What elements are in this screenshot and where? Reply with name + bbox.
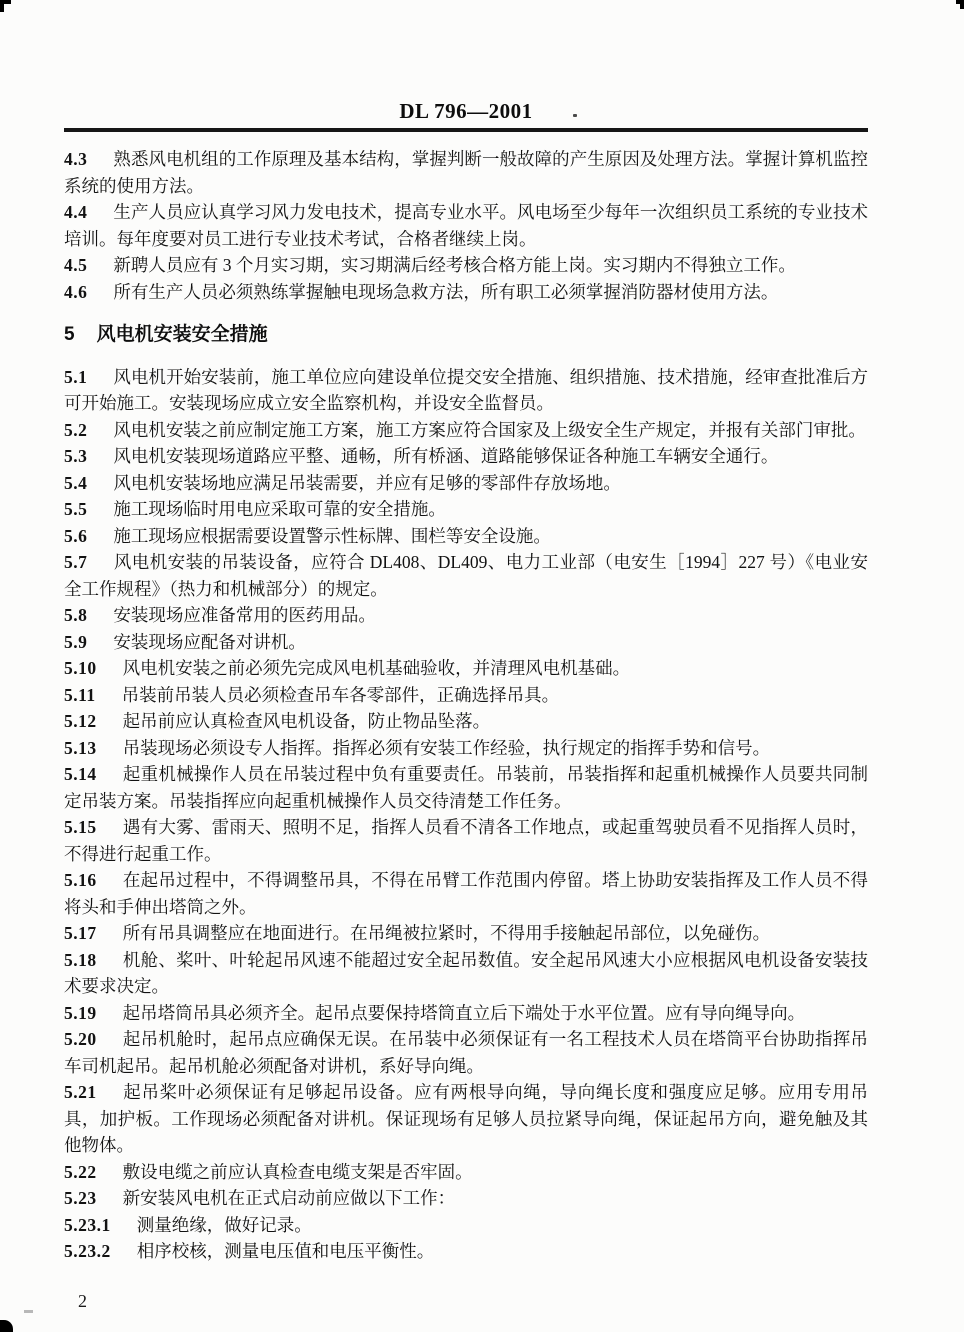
clause-number: 5.4: [64, 473, 87, 493]
clause-text: 起重机械操作人员在吊装过程中负有重要责任。吊装前，吊装指挥和起重机械操作人员要共…: [64, 764, 868, 811]
clause-text: 起吊机舱时，起吊点应确保无误。在吊装中必须保证有一名工程技术人员在塔筒平台协助指…: [64, 1029, 868, 1076]
scanned-document-page: DL 796—2001 4.3熟悉风电机组的工作原理及基本结构，掌握判断一般故障…: [0, 0, 964, 1332]
clause-text: 施工现场临时用电应采取可靠的安全措施。: [113, 499, 446, 519]
clause-number: 5.5: [64, 499, 87, 519]
clause-5.12: 5.12起吊前应认真检查风电机设备，防止物品坠落。: [64, 708, 868, 735]
clause-text: 新安装风电机在正式启动前应做以下工作：: [123, 1188, 456, 1208]
scan-artifact-bottom-left: [0, 1320, 13, 1332]
clause-5.7: 5.7风电机安装的吊装设备，应符合 DL408、DL409、电力工业部（电安生［…: [64, 549, 868, 602]
clause-number: 4.6: [64, 282, 87, 302]
clause-number: 5.19: [64, 1003, 97, 1023]
section-heading-number: 5: [64, 324, 75, 345]
clause-text: 在起吊过程中，不得调整吊具，不得在吊臂工作范围内停留。塔上协助安装指挥及工作人员…: [64, 870, 868, 917]
clause-5.16: 5.16在起吊过程中，不得调整吊具，不得在吊臂工作范围内停留。塔上协助安装指挥及…: [64, 867, 868, 920]
clause-4.3: 4.3熟悉风电机组的工作原理及基本结构，掌握判断一般故障的产生原因及处理方法。掌…: [64, 146, 868, 199]
clause-text: 所有吊具调整应在地面进行。在吊绳被拉紧时，不得用手接触起吊部位，以免碰伤。: [123, 923, 771, 943]
clause-number: 4.3: [64, 149, 87, 169]
clause-5.3: 5.3风电机安装现场道路应平整、通畅，所有桥涵、道路能够保证各种施工车辆安全通行…: [64, 443, 868, 470]
clause-text: 测量绝缘，做好记录。: [137, 1215, 312, 1235]
clause-5.13: 5.13吊装现场必须设专人指挥。指挥必须有安装工作经验，执行规定的指挥手势和信号…: [64, 735, 868, 762]
clause-text: 风电机开始安装前，施工单位应向建设单位提交安全措施、组织措施、技术措施，经审查批…: [64, 367, 868, 414]
clause-text: 风电机安装的吊装设备，应符合 DL408、DL409、电力工业部（电安生［199…: [64, 552, 868, 599]
clause-text: 机舱、桨叶、叶轮起吊风速不能超过安全起吊数值。安全起吊风速大小应根据风电机设备安…: [64, 950, 868, 997]
clause-5.18: 5.18机舱、桨叶、叶轮起吊风速不能超过安全起吊数值。安全起吊风速大小应根据风电…: [64, 947, 868, 1000]
clause-5.9: 5.9安装现场应配备对讲机。: [64, 629, 868, 656]
clause-number: 5.22: [64, 1162, 97, 1182]
clause-5.10: 5.10风电机安装之前必须先完成风电机基础验收，并清理风电机基础。: [64, 655, 868, 682]
clause-5.5: 5.5施工现场临时用电应采取可靠的安全措施。: [64, 496, 868, 523]
clause-number: 5.3: [64, 446, 87, 466]
document-body: 4.3熟悉风电机组的工作原理及基本结构，掌握判断一般故障的产生原因及处理方法。掌…: [64, 146, 868, 1265]
clause-text: 施工现场应根据需要设置警示性标牌、围栏等安全设施。: [113, 526, 551, 546]
clause-5.8: 5.8安装现场应准备常用的医药用品。: [64, 602, 868, 629]
clause-number: 4.4: [64, 202, 87, 222]
clause-text: 吊装现场必须设专人指挥。指挥必须有安装工作经验，执行规定的指挥手势和信号。: [123, 738, 771, 758]
clause-text: 安装现场应配备对讲机。: [113, 632, 306, 652]
standard-code: DL 796—2001: [64, 99, 868, 124]
page-number: 2: [78, 1291, 87, 1312]
clause-text: 起吊桨叶必须保证有足够起吊设备。应有两根导向绳，导向绳长度和强度应足够。应用专用…: [64, 1082, 868, 1155]
clause-4.4: 4.4生产人员应认真学习风力发电技术，提高专业水平。风电场至少每年一次组织员工系…: [64, 199, 868, 252]
clause-5.11: 5.11吊装前吊装人员必须检查吊车各零部件，正确选择吊具。: [64, 682, 868, 709]
clause-5.14: 5.14起重机械操作人员在吊装过程中负有重要责任。吊装前，吊装指挥和起重机械操作…: [64, 761, 868, 814]
clause-text: 风电机安装之前必须先完成风电机基础验收，并清理风电机基础。: [123, 658, 631, 678]
clause-5.15: 5.15遇有大雾、雷雨天、照明不足，指挥人员看不清各工作地点，或起重驾驶员看不见…: [64, 814, 868, 867]
clause-text: 安装现场应准备常用的医药用品。: [113, 605, 376, 625]
clause-5.23.1: 5.23.1测量绝缘，做好记录。: [64, 1212, 868, 1239]
clause-number: 5.21: [64, 1082, 97, 1102]
scan-artifact-top-right: [960, 0, 964, 9]
clause-number: 5.8: [64, 605, 87, 625]
clause-number: 5.20: [64, 1029, 97, 1049]
clause-text: 风电机安装现场道路应平整、通畅，所有桥涵、道路能够保证各种施工车辆安全通行。: [113, 446, 778, 466]
clause-text: 熟悉风电机组的工作原理及基本结构，掌握判断一般故障的产生原因及处理方法。掌握计算…: [64, 149, 868, 196]
clause-5.2: 5.2风电机安装之前应制定施工方案，施工方案应符合国家及上级安全生产规定，并报有…: [64, 417, 868, 444]
clause-text: 风电机安装场地应满足吊装需要，并应有足够的零部件存放场地。: [113, 473, 621, 493]
clause-number: 5.14: [64, 764, 97, 784]
section-5-heading: 5风电机安装安全措施: [64, 322, 868, 349]
clause-number: 5.10: [64, 658, 97, 678]
clause-number: 5.12: [64, 711, 97, 731]
clause-text: 吊装前吊装人员必须检查吊车各零部件，正确选择吊具。: [122, 685, 560, 705]
clause-5.1: 5.1风电机开始安装前，施工单位应向建设单位提交安全措施、组织措施、技术措施，经…: [64, 364, 868, 417]
clause-number: 5.15: [64, 817, 97, 837]
section-heading-title: 风电机安装安全措施: [97, 324, 268, 345]
clause-text: 相序校核，测量电压值和电压平衡性。: [137, 1241, 435, 1261]
clause-number: 5.13: [64, 738, 97, 758]
clause-number: 5.7: [64, 552, 87, 572]
clause-5.21: 5.21起吊桨叶必须保证有足够起吊设备。应有两根导向绳，导向绳长度和强度应足够。…: [64, 1079, 868, 1159]
clause-number: 5.9: [64, 632, 87, 652]
clause-number: 5.6: [64, 526, 87, 546]
clause-number: 4.5: [64, 255, 87, 275]
scan-dash: [24, 1310, 33, 1313]
clause-5.6: 5.6施工现场应根据需要设置警示性标牌、围栏等安全设施。: [64, 523, 868, 550]
clause-text: 遇有大雾、雷雨天、照明不足，指挥人员看不清各工作地点，或起重驾驶员看不见指挥人员…: [64, 817, 868, 864]
clause-number: 5.17: [64, 923, 97, 943]
clause-5.4: 5.4风电机安装场地应满足吊装需要，并应有足够的零部件存放场地。: [64, 470, 868, 497]
clause-number: 5.11: [64, 685, 96, 705]
clause-number: 5.23.2: [64, 1241, 111, 1261]
clause-5.19: 5.19起吊塔筒吊具必须齐全。起吊点要保持塔筒直立后下端处于水平位置。应有导向绳…: [64, 1000, 868, 1027]
clause-number: 5.2: [64, 420, 87, 440]
clause-text: 新聘人员应有 3 个月实习期，实习期满后经考核合格方能上岗。实习期内不得独立工作…: [113, 255, 796, 275]
clause-text: 风电机安装之前应制定施工方案，施工方案应符合国家及上级安全生产规定，并报有关部门…: [113, 420, 866, 440]
clause-5.17: 5.17所有吊具调整应在地面进行。在吊绳被拉紧时，不得用手接触起吊部位，以免碰伤…: [64, 920, 868, 947]
clause-number: 5.23: [64, 1188, 97, 1208]
clause-number: 5.18: [64, 950, 97, 970]
clause-4.6: 4.6所有生产人员必须熟练掌握触电现场急救方法，所有职工必须掌握消防器材使用方法…: [64, 279, 868, 306]
clause-text: 生产人员应认真学习风力发电技术，提高专业水平。风电场至少每年一次组织员工系统的专…: [64, 202, 868, 249]
clause-5.23: 5.23新安装风电机在正式启动前应做以下工作：: [64, 1185, 868, 1212]
clause-text: 敷设电缆之前应认真检查电缆支架是否牢固。: [123, 1162, 473, 1182]
clause-5.22: 5.22敷设电缆之前应认真检查电缆支架是否牢固。: [64, 1159, 868, 1186]
clause-number: 5.23.1: [64, 1215, 111, 1235]
clause-number: 5.1: [64, 367, 87, 387]
header-rule: [64, 128, 868, 132]
scan-artifact-top-left: [0, 0, 4, 12]
clause-text: 起吊塔筒吊具必须齐全。起吊点要保持塔筒直立后下端处于水平位置。应有导向绳导向。: [123, 1003, 806, 1023]
clause-5.23.2: 5.23.2相序校核，测量电压值和电压平衡性。: [64, 1238, 868, 1265]
clause-4.5: 4.5新聘人员应有 3 个月实习期，实习期满后经考核合格方能上岗。实习期内不得独…: [64, 252, 868, 279]
clause-number: 5.16: [64, 870, 97, 890]
clause-text: 起吊前应认真检查风电机设备，防止物品坠落。: [123, 711, 491, 731]
clause-5.20: 5.20起吊机舱时，起吊点应确保无误。在吊装中必须保证有一名工程技术人员在塔筒平…: [64, 1026, 868, 1079]
clause-text: 所有生产人员必须熟练掌握触电现场急救方法，所有职工必须掌握消防器材使用方法。: [113, 282, 778, 302]
section-4-clauses: 4.3熟悉风电机组的工作原理及基本结构，掌握判断一般故障的产生原因及处理方法。掌…: [64, 146, 868, 305]
section-5-clauses: 5.1风电机开始安装前，施工单位应向建设单位提交安全措施、组织措施、技术措施，经…: [64, 364, 868, 1265]
